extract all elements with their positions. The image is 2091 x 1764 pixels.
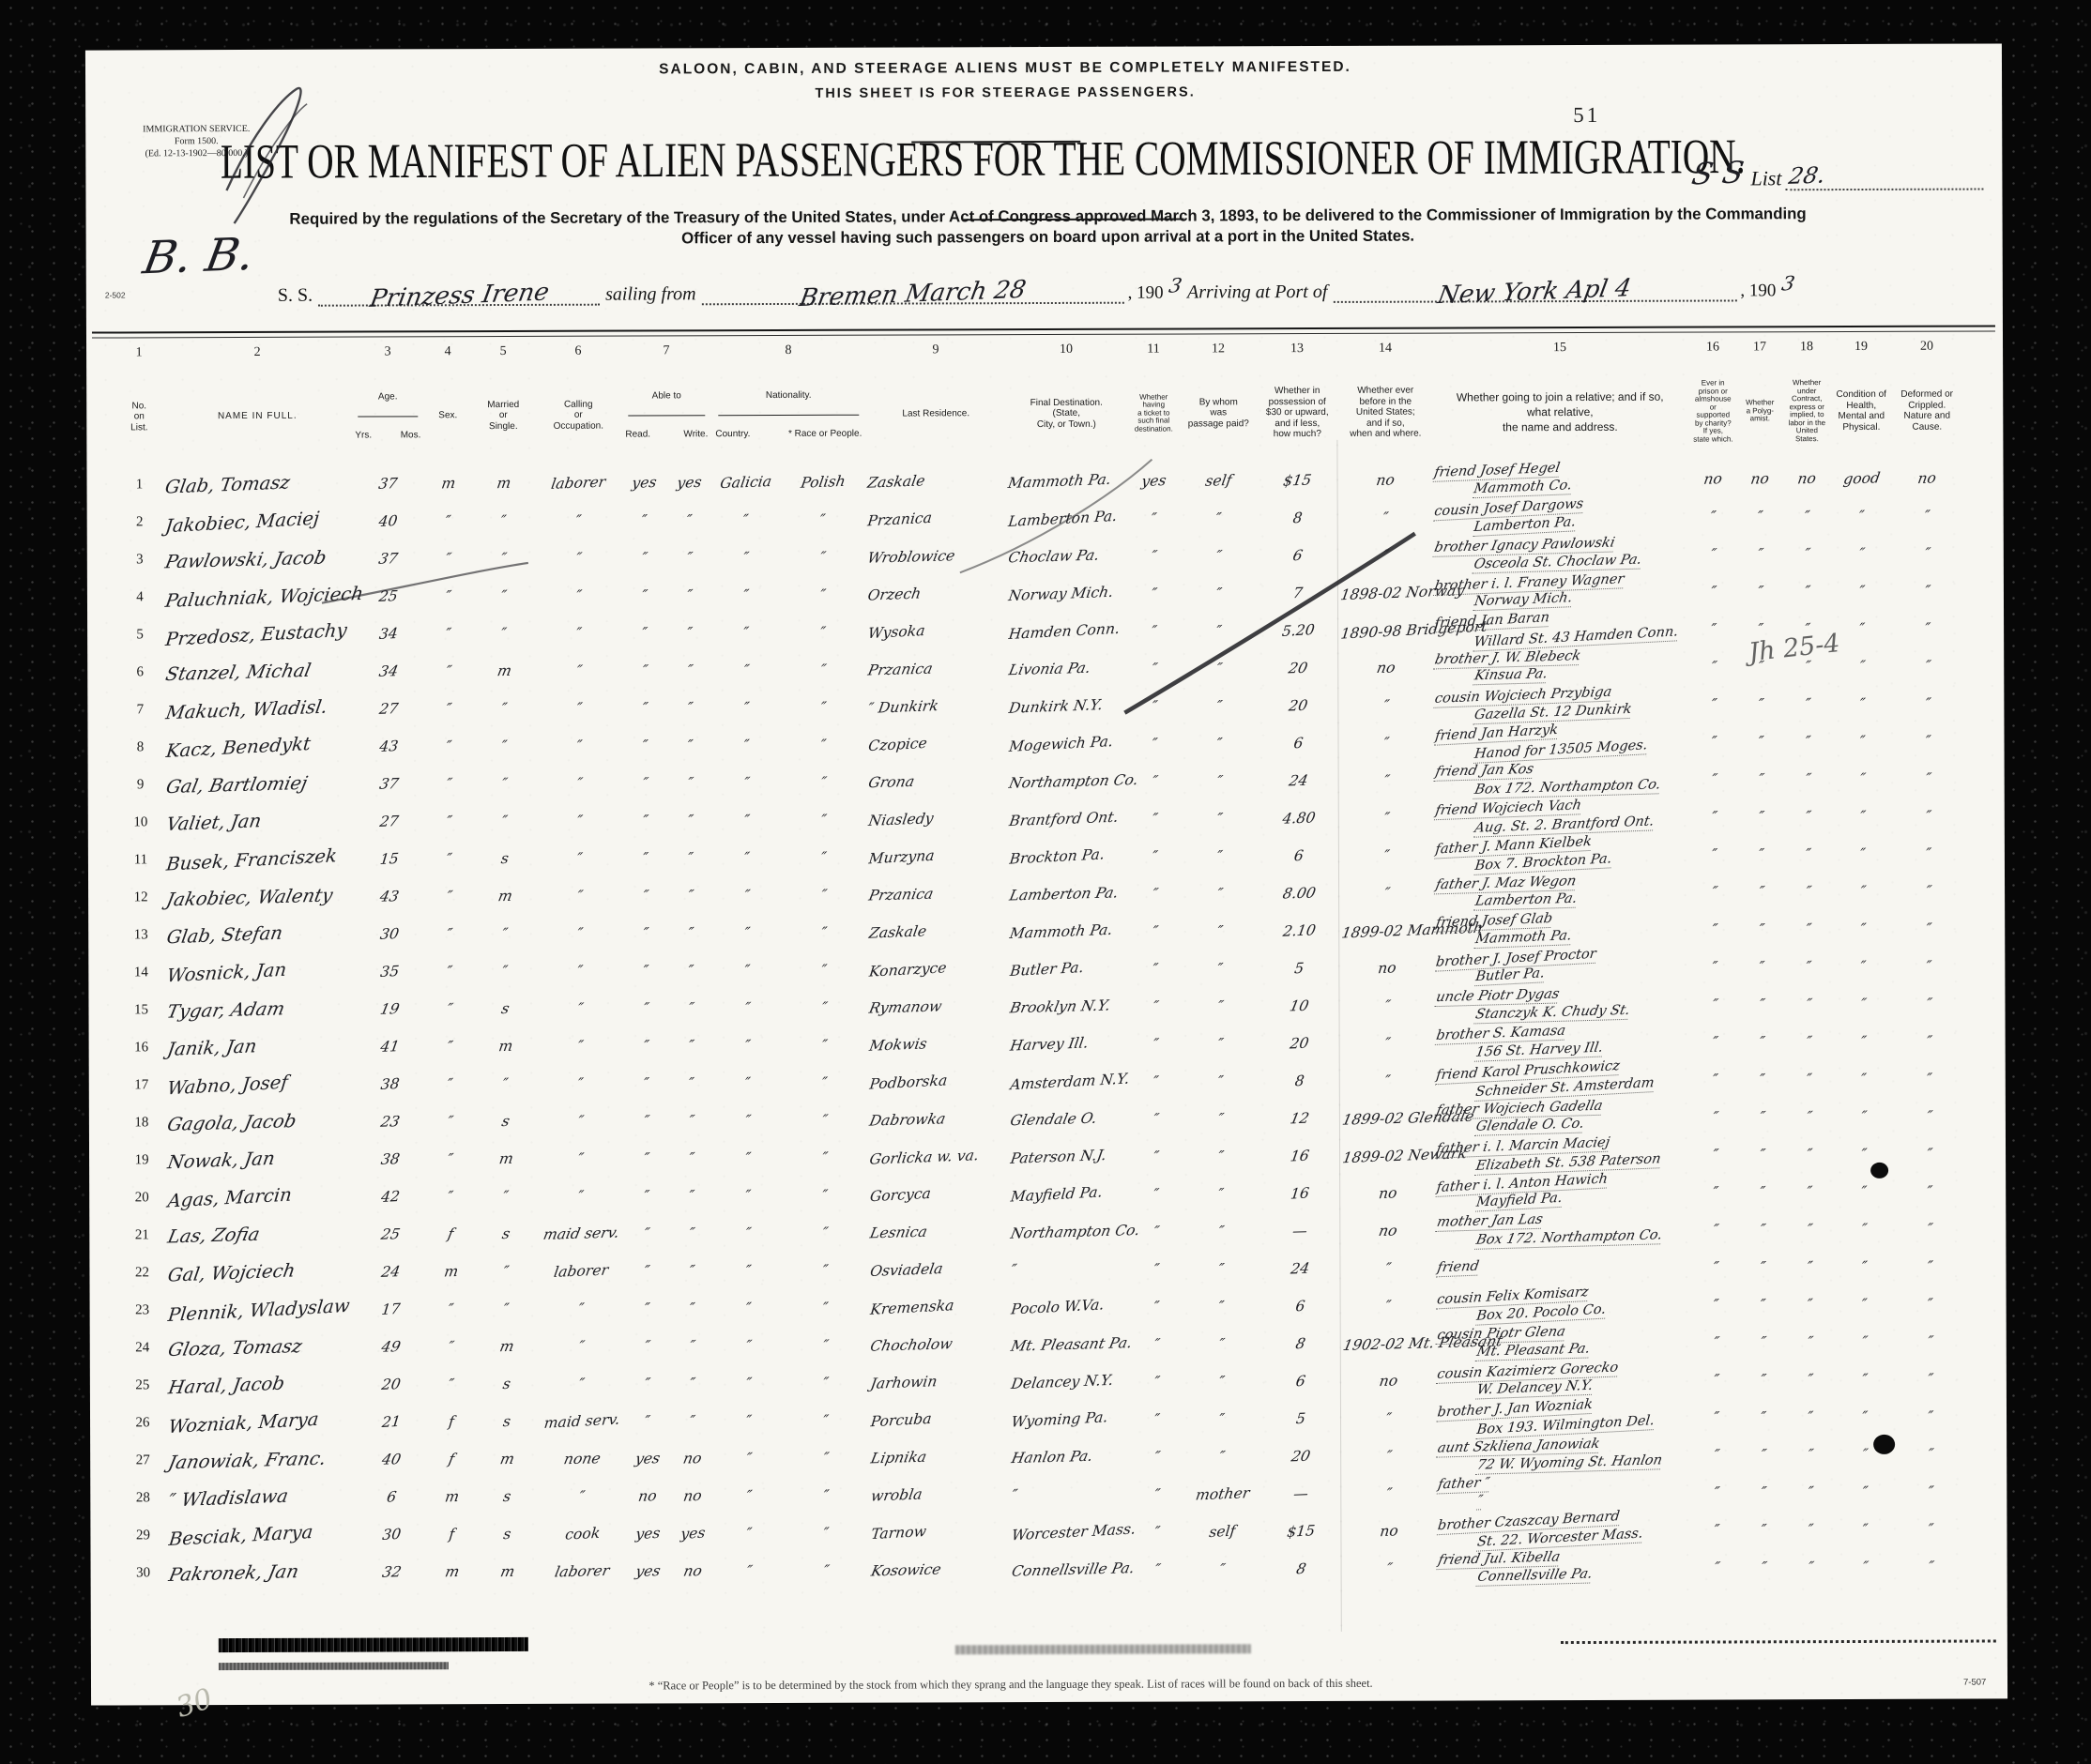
handwritten-marital: ″ (501, 924, 510, 941)
header-write: Write. (683, 429, 708, 440)
cell-paid-by: ″ (1183, 799, 1258, 837)
cell-polygamist: ″ (1740, 798, 1783, 835)
cell-contract: ″ (1785, 1361, 1836, 1398)
handwritten-age: 49 (380, 1338, 402, 1356)
cell-race: ″ (782, 1252, 868, 1289)
cell-married-single: ″ (474, 1065, 538, 1102)
handwritten-age: 32 (381, 1563, 403, 1581)
handwritten-deformed: ″ (1925, 1032, 1933, 1049)
handwritten-paid-by: ″ (1216, 997, 1225, 1014)
handwritten-write: ″ (689, 1375, 697, 1391)
handwritten-ever-before: ″ (1383, 846, 1391, 863)
cell-age: 32 (356, 1553, 429, 1590)
handwritten-deformed: ″ (1923, 657, 1931, 674)
cell-money: 10 (1258, 987, 1340, 1025)
handwritten-name: Glab, Tomasz (163, 471, 291, 497)
cell-ticket: ″ (1127, 649, 1182, 687)
cell-last-residence: Gorlicka w. va. (868, 1138, 1009, 1177)
cell-contract: ″ (1785, 1285, 1836, 1323)
handwritten-contract: ″ (1806, 1146, 1814, 1163)
handwritten-residence: Przanica (867, 885, 935, 904)
cell-married-single: ″ (472, 727, 536, 765)
handwritten-paid-by: ″ (1216, 1035, 1225, 1052)
handwritten-prison: ″ (1712, 1071, 1719, 1087)
cell-paid-by: ″ (1185, 1550, 1260, 1588)
colnum-7: 7 (621, 336, 711, 366)
handwritten-sex: ″ (446, 963, 453, 980)
cell-relative: friend Josef Hegel Mammoth Co. (1432, 461, 1687, 499)
cell-write: ″ (670, 1327, 715, 1364)
notice-steerage: THIS SHEET IS FOR STEERAGE PASSENGERS. (442, 84, 1568, 102)
handwritten-destination: Hanlon Pa. (1010, 1447, 1094, 1466)
cell-country: ″ (715, 1289, 783, 1327)
handwritten-write: ″ (688, 1337, 696, 1354)
handwritten-destination: Mogewich Pa. (1008, 733, 1114, 755)
handwritten-country: ″ (742, 586, 751, 603)
handwritten-relative-line1: friend Jan Baran (1434, 610, 1550, 632)
header-nationality: Nationality. Country. * Race or People. (711, 366, 865, 464)
handwritten-age: 27 (378, 700, 400, 718)
handwritten-ticket: ″ (1152, 1448, 1161, 1465)
cell-sex: f (427, 1215, 474, 1253)
cell-paid-by: ″ (1183, 874, 1258, 912)
cell-destination: Amsterdam N.Y. (1009, 1063, 1129, 1101)
handwritten-occupation: ″ (575, 812, 584, 829)
header-last-residence: Last Residence. (865, 365, 1006, 464)
handwritten-age: 20 (381, 1376, 403, 1393)
handwritten-age: 30 (382, 1525, 403, 1543)
cell-destination: Hanlon Pa. (1010, 1438, 1130, 1476)
handwritten-destination: ″ (1010, 1261, 1018, 1278)
handwritten-contract: ″ (1806, 1258, 1814, 1275)
handwritten-marital: m (497, 1149, 514, 1167)
cell-row-number: 26 (118, 1404, 167, 1441)
handwritten-ticket: ″ (1153, 1373, 1162, 1390)
scan-black-edge-bottom (0, 1700, 2091, 1764)
passenger-row: 22 Gal, Wojciech 24 m ″ laborer ″ ″ ″ ″ … (117, 1248, 1966, 1292)
cell-money: 20 (1257, 649, 1339, 687)
cell-row-number: 7 (115, 691, 164, 728)
handwritten-paid-by: ″ (1215, 622, 1223, 639)
handwritten-occupation: laborer (553, 1261, 610, 1280)
handwritten-contract: ″ (1804, 883, 1812, 900)
cell-contract: ″ (1784, 1248, 1835, 1285)
handwritten-prison: ″ (1711, 1033, 1719, 1050)
cell-sex: m (427, 1253, 474, 1290)
cell-occupation: ″ (536, 690, 622, 727)
cell-health: ″ (1835, 1098, 1893, 1135)
handwritten-country: ″ (743, 1112, 752, 1129)
handwritten-arriving-year: 3 (1779, 272, 1796, 296)
cell-occupation: ″ (537, 765, 623, 802)
cell-sex: ″ (425, 615, 472, 652)
cell-relative: friend Wojciech Vach Aug. St. 2. Brantfo… (1434, 798, 1689, 837)
handwritten-contract: ″ (1807, 1408, 1814, 1425)
handwritten-ticket: ″ (1152, 847, 1159, 864)
cell-destination: Brooklyn N.Y. (1008, 988, 1128, 1026)
handwritten-country: ″ (745, 1299, 753, 1315)
cell-destination: Harvey Ill. (1009, 1026, 1129, 1063)
cell-ever-before: 1899-02 Newark (1341, 1137, 1435, 1175)
handwritten-polygamist: ″ (1757, 620, 1764, 637)
cell-destination: Livonia Pa. (1007, 650, 1127, 688)
cell-country: ″ (712, 501, 780, 539)
handwritten-destination: Paterson N.J. (1009, 1147, 1107, 1167)
handwritten-residence: Porcuba (870, 1409, 933, 1429)
cell-contract: ″ (1783, 985, 1834, 1023)
cell-married-single: ″ (473, 802, 537, 840)
handwritten-country: Galicia (719, 473, 773, 492)
handwritten-read: no (637, 1487, 658, 1505)
handwritten-prison: ″ (1710, 695, 1718, 712)
handwritten-write: ″ (689, 1300, 696, 1316)
cell-occupation: ″ (539, 1478, 625, 1515)
handwritten-money: 8 (1295, 1559, 1308, 1576)
handwritten-sex: f (447, 1225, 455, 1242)
cell-married-single: m (471, 464, 535, 502)
cell-sex: ″ (427, 1102, 474, 1140)
cell-name: Jakobiec, Maciej (164, 503, 352, 541)
cell-ever-before: ″ (1342, 1400, 1436, 1437)
cell-money: 6 (1259, 1362, 1342, 1400)
handwritten-country: ″ (743, 999, 752, 1016)
cell-married-single: m (475, 1440, 539, 1478)
handwritten-paid-by: ″ (1218, 1298, 1226, 1315)
handwritten-paid-by: ″ (1218, 1410, 1226, 1427)
handwritten-write: ″ (689, 1412, 696, 1429)
cell-occupation: ″ (537, 990, 623, 1027)
cell-occupation: laborer (535, 464, 621, 502)
cell-paid-by: ″ (1183, 1137, 1259, 1175)
cell-relative: cousin Felix Komisarz Box 20. Pocolo Co. (1436, 1286, 1691, 1325)
cell-married-single: ″ (474, 1253, 538, 1290)
handwritten-money: 6 (1291, 546, 1305, 563)
cell-ever-before: 1899-02 Glendale (1341, 1100, 1435, 1137)
handwritten-age: 41 (379, 1038, 401, 1056)
handwritten-contract: ″ (1806, 1221, 1814, 1238)
handwritten-health: ″ (1860, 1070, 1868, 1087)
handwritten-destination: Glendale O. (1009, 1109, 1099, 1129)
handwritten-name: Pakronek, Jan (167, 1560, 300, 1586)
page-title: LIST OR MANIFEST OF ALIEN PASSENGERS FOR… (221, 127, 1734, 190)
cell-write: ″ (667, 501, 712, 539)
handwritten-deformed: ″ (1927, 1407, 1934, 1424)
handwritten-residence: Rymanow (867, 997, 943, 1016)
cell-name: Paluchniak, Wojciech (164, 578, 352, 616)
cell-polygamist: ″ (1741, 1210, 1784, 1248)
handwritten-polygamist: ″ (1759, 1183, 1766, 1200)
handwritten-name: Valiet, Jan (165, 810, 263, 835)
handwritten-age: 37 (378, 775, 400, 793)
passenger-row: 12 Jakobiec, Walenty 43 ″ m ″ ″ ″ ″ ″ Pr… (116, 873, 1965, 917)
handwritten-sex: ″ (446, 1000, 454, 1017)
handwritten-sex: ″ (445, 625, 452, 642)
handwritten-residence: Niasledy (867, 810, 935, 829)
colnum-1: 1 (114, 338, 163, 368)
handwritten-polygamist: ″ (1761, 1521, 1768, 1538)
handwritten-name: Makuch, Wladisl. (164, 695, 329, 723)
handwritten-polygamist: ″ (1758, 845, 1765, 862)
handwritten-prison: ″ (1712, 1146, 1720, 1163)
colnum-6: 6 (535, 337, 621, 367)
cell-money: $15 (1256, 462, 1338, 499)
handwritten-health: ″ (1858, 769, 1867, 786)
cell-race: ″ (780, 651, 866, 689)
cell-polygamist: ″ (1742, 1473, 1785, 1511)
cell-contract: ″ (1784, 1023, 1835, 1060)
cell-relative: father Wojciech Gadella Glendale O. Co. (1435, 1099, 1690, 1137)
handwritten-destination: Harvey Ill. (1009, 1034, 1090, 1054)
header-age-top: Age. (352, 391, 423, 403)
cell-prison: ″ (1690, 1210, 1741, 1248)
handwritten-ever-before: ″ (1383, 996, 1392, 1013)
handwritten-race: ″ (820, 961, 828, 978)
handwritten-destination: Mammoth Pa. (1007, 470, 1112, 491)
table-header: 1 2 3 4 5 6 7 8 9 10 11 12 13 14 15 16 1 (114, 332, 1963, 466)
cell-prison: ″ (1690, 1135, 1741, 1173)
cell-married-single: ″ (472, 690, 536, 727)
handwritten-paid-by: ″ (1214, 660, 1223, 677)
cell-married-single: ″ (474, 1178, 538, 1215)
cell-money: 6 (1259, 1287, 1342, 1325)
cell-race: ″ (781, 951, 867, 989)
handwritten-prison: ″ (1711, 996, 1719, 1012)
handwritten-occupation: ″ (576, 962, 584, 979)
handwritten-occupation: ″ (577, 1149, 586, 1166)
cell-age: 43 (353, 877, 426, 915)
handwritten-read: ″ (643, 1262, 651, 1279)
cell-last-residence: Tarnow (869, 1513, 1010, 1552)
handwritten-money: 12 (1289, 1109, 1310, 1127)
cell-prison: ″ (1690, 1023, 1741, 1060)
handwritten-contract: ″ (1807, 1483, 1815, 1500)
handwritten-read: yes (634, 1524, 661, 1542)
handwritten-relative-line2: ″ (1476, 1493, 1484, 1510)
handwritten-prison: ″ (1713, 1371, 1721, 1388)
cell-ever-before: no (1342, 1513, 1436, 1550)
cell-ticket: yes (1126, 462, 1181, 499)
handwritten-age: 43 (378, 888, 400, 905)
cell-race: ″ (782, 1177, 868, 1214)
cell-ever-before: ″ (1342, 1475, 1436, 1513)
cell-contract: ″ (1783, 948, 1834, 985)
cell-health: ″ (1834, 948, 1892, 985)
cell-destination: Brantford Ont. (1008, 800, 1128, 838)
handwritten-country: ″ (744, 1450, 753, 1467)
cell-read: ″ (623, 764, 668, 801)
handwritten-read: ″ (644, 1375, 652, 1391)
handwritten-relative-line2: Glendale O. Co. (1474, 1117, 1586, 1136)
cell-write: ″ (668, 951, 713, 989)
handwritten-country: ″ (745, 1486, 754, 1503)
cell-sex: f (428, 1403, 475, 1440)
cell-occupation: cook (539, 1515, 625, 1553)
handwritten-country: ″ (742, 812, 751, 829)
cell-destination: Mogewich Pa. (1007, 725, 1127, 763)
handwritten-ticket: ″ (1151, 585, 1159, 601)
handwritten-ticket: ″ (1153, 1298, 1161, 1315)
handwritten-prison: ″ (1712, 1258, 1720, 1275)
cell-deformed: ″ (1891, 722, 1964, 760)
handwritten-ticket: ″ (1153, 1410, 1161, 1427)
handwritten-write: ″ (688, 1149, 696, 1166)
handwritten-write: ″ (686, 511, 694, 528)
cell-health: ″ (1833, 722, 1891, 760)
cell-ever-before: ″ (1339, 537, 1433, 574)
passenger-row: 9 Gal, Bartlomiej 37 ″ ″ ″ ″ ″ ″ ″ Grona… (116, 760, 1965, 804)
cell-country: ″ (712, 539, 780, 576)
cell-paid-by: ″ (1182, 612, 1257, 649)
handwritten-read: ″ (641, 887, 649, 904)
cell-sex: m (429, 1553, 476, 1590)
handwritten-relative-line2: Mayfield Pa. (1475, 1191, 1563, 1212)
handwritten-health: ″ (1859, 920, 1868, 936)
cell-occupation: maid serv. (538, 1215, 624, 1253)
handwritten-prison: ″ (1711, 1108, 1719, 1125)
cell-contract: ″ (1784, 1135, 1835, 1173)
handwritten-marital: m (498, 1337, 515, 1354)
cell-prison: ″ (1688, 610, 1739, 647)
handwritten-money: 8 (1294, 1072, 1305, 1089)
handwritten-name: Janowiak, Franc. (166, 1447, 328, 1473)
handwritten-ever-before: ″ (1383, 734, 1391, 751)
cell-deformed: ″ (1892, 798, 1965, 835)
handwritten-relative-line1: friend (1436, 1258, 1480, 1277)
cell-read: ″ (624, 1214, 669, 1252)
handwritten-write: ″ (687, 924, 695, 941)
handwritten-ticket: ″ (1152, 1335, 1161, 1352)
colnum-13: 13 (1256, 334, 1338, 364)
cell-contract: ″ (1785, 1398, 1836, 1436)
handwritten-paid-by: ″ (1217, 1335, 1226, 1352)
handwritten-ticket: ″ (1151, 509, 1158, 526)
handwritten-paid-by: self (1208, 1522, 1236, 1540)
cell-relative: friend Jan Kos Box 172. Northampton Co. (1434, 761, 1689, 799)
handwritten-occupation: maid serv. (543, 1410, 621, 1431)
cell-prison: ″ (1689, 985, 1740, 1023)
handwritten-deformed: ″ (1928, 1520, 1935, 1537)
cell-destination: Glendale O. (1009, 1101, 1129, 1138)
cell-ticket: ″ (1128, 912, 1183, 950)
handwritten-prison: ″ (1712, 1221, 1720, 1238)
cell-name: Makuch, Wladisl. (164, 691, 352, 729)
handwritten-polygamist: ″ (1758, 1108, 1766, 1125)
table-body: 1 Glab, Tomasz 37 m m laborer yes yes Ga… (114, 460, 1967, 1592)
handwritten-age: 24 (380, 1263, 402, 1281)
cell-ticket: ″ (1127, 537, 1182, 574)
handwritten-sex: ″ (446, 925, 454, 942)
handwritten-money: 24 (1290, 1259, 1311, 1277)
dotted-signature-line (1561, 1639, 1996, 1644)
ss-label: S. S. (272, 285, 318, 307)
cell-prison: ″ (1691, 1323, 1742, 1361)
colnum-9: 9 (865, 335, 1006, 366)
cell-money: 20 (1259, 1437, 1342, 1475)
handwritten-polygamist: ″ (1757, 695, 1765, 712)
cell-health: ″ (1835, 1023, 1893, 1060)
cell-ticket: ″ (1128, 987, 1183, 1025)
handwritten-sex: ″ (446, 1038, 454, 1055)
handwritten-polygamist: ″ (1758, 996, 1766, 1012)
cell-occupation: ″ (537, 840, 623, 877)
cell-row-number: 22 (117, 1254, 166, 1291)
cell-name: Gal, Wojciech (166, 1254, 354, 1292)
handwritten-destination: Butler Pa. (1009, 958, 1084, 979)
handwritten-destination: Amsterdam N.Y. (1009, 1070, 1130, 1093)
cell-sex: ″ (426, 765, 473, 802)
handwritten-write: ″ (687, 999, 695, 1016)
stamped-page-number: 51 (1573, 103, 1600, 128)
cell-ticket: ″ (1130, 1287, 1184, 1325)
handwritten-age: 37 (377, 550, 399, 568)
handwritten-health: ″ (1861, 1407, 1869, 1424)
passenger-row: 13 Glab, Stefan 30 ″ ″ ″ ″ ″ ″ ″ Zaskale… (116, 910, 1965, 954)
cell-money: 16 (1259, 1175, 1341, 1212)
cell-prison: ″ (1688, 535, 1739, 572)
handwritten-deformed: ″ (1926, 1445, 1934, 1462)
cell-deformed: ″ (1892, 873, 1965, 910)
cell-ticket: ″ (1127, 724, 1182, 762)
cell-polygamist: ″ (1741, 1023, 1784, 1060)
handwritten-relative-line2: Mammoth Co. (1473, 478, 1573, 498)
cell-paid-by: ″ (1182, 499, 1257, 537)
handwritten-race: ″ (821, 1336, 830, 1353)
handwritten-occupation: ″ (576, 849, 584, 866)
cell-sex: ″ (428, 1365, 475, 1403)
cell-married-single: m (474, 1027, 538, 1065)
cell-age: 19 (353, 990, 426, 1027)
handwritten-prison: ″ (1709, 658, 1717, 675)
cell-country: ″ (715, 1477, 783, 1514)
handwritten-country: ″ (741, 549, 750, 566)
cell-married-single: m (472, 652, 536, 690)
cell-destination: ″ (1010, 1476, 1130, 1513)
cell-polygamist: ″ (1743, 1548, 1786, 1586)
handwritten-money: — (1291, 1222, 1309, 1239)
handwritten-race: ″ (819, 886, 828, 903)
handwritten-name: Gal, Wojciech (166, 1259, 297, 1285)
cell-write: ″ (667, 689, 712, 726)
handwritten-sex: f (449, 1526, 456, 1543)
cell-race: ″ (781, 764, 867, 801)
cell-deformed: ″ (1892, 910, 1965, 948)
header-prison-almshouse: Ever in prison or almshouse or supported… (1687, 362, 1738, 460)
handwritten-prison: ″ (1713, 1296, 1720, 1313)
cell-name: Tygar, Adam (165, 991, 353, 1029)
cell-name: Glab, Stefan (165, 916, 353, 954)
handwritten-country: ″ (744, 1186, 752, 1203)
list-number-line: 28. (1785, 162, 1983, 191)
cell-read: no (625, 1477, 670, 1514)
handwritten-deformed: ″ (1927, 1370, 1935, 1387)
cell-name: Glab, Tomasz (163, 465, 351, 504)
handwritten-destination: Connellsville Pa. (1010, 1559, 1136, 1580)
handwritten-deformed: ″ (1925, 1107, 1933, 1124)
cell-race: ″ (781, 876, 867, 914)
cell-deformed: ″ (1893, 1023, 1966, 1060)
handwritten-marital: ″ (499, 549, 508, 566)
handwritten-deformed: ″ (1924, 882, 1932, 899)
cell-write: ″ (669, 1102, 714, 1139)
arriving-label: Arriving at Port of (1182, 281, 1334, 304)
handwritten-paid-by: ″ (1215, 697, 1224, 714)
cell-health: ″ (1836, 1511, 1894, 1548)
colnum-14: 14 (1338, 334, 1432, 364)
cell-name: Wosnick, Jan (165, 953, 353, 992)
cell-age: 42 (354, 1178, 427, 1215)
cell-relative: father ″ ″ (1436, 1474, 1691, 1513)
cell-money: 8 (1259, 1062, 1341, 1100)
